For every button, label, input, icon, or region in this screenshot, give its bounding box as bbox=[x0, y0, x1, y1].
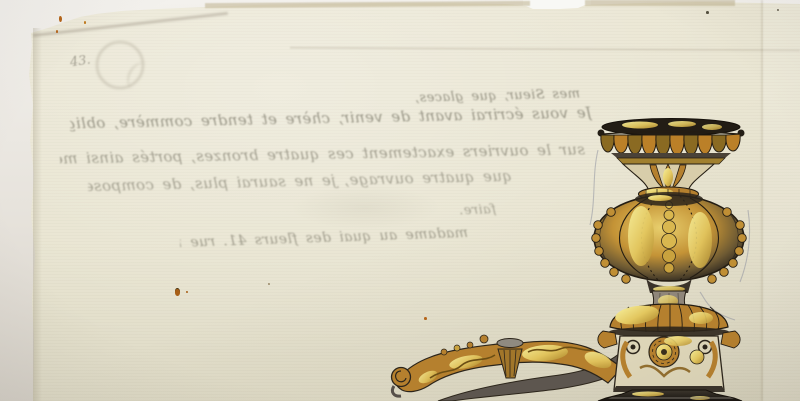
nozzle bbox=[598, 119, 745, 165]
melon-knop bbox=[592, 192, 747, 293]
pedestal-block bbox=[613, 336, 725, 392]
photo-stage: 43. mes Sieur, que glaces, Je vous écrir… bbox=[0, 0, 800, 401]
arm-collar bbox=[497, 339, 523, 379]
candelabrum-drawing bbox=[0, 0, 800, 401]
